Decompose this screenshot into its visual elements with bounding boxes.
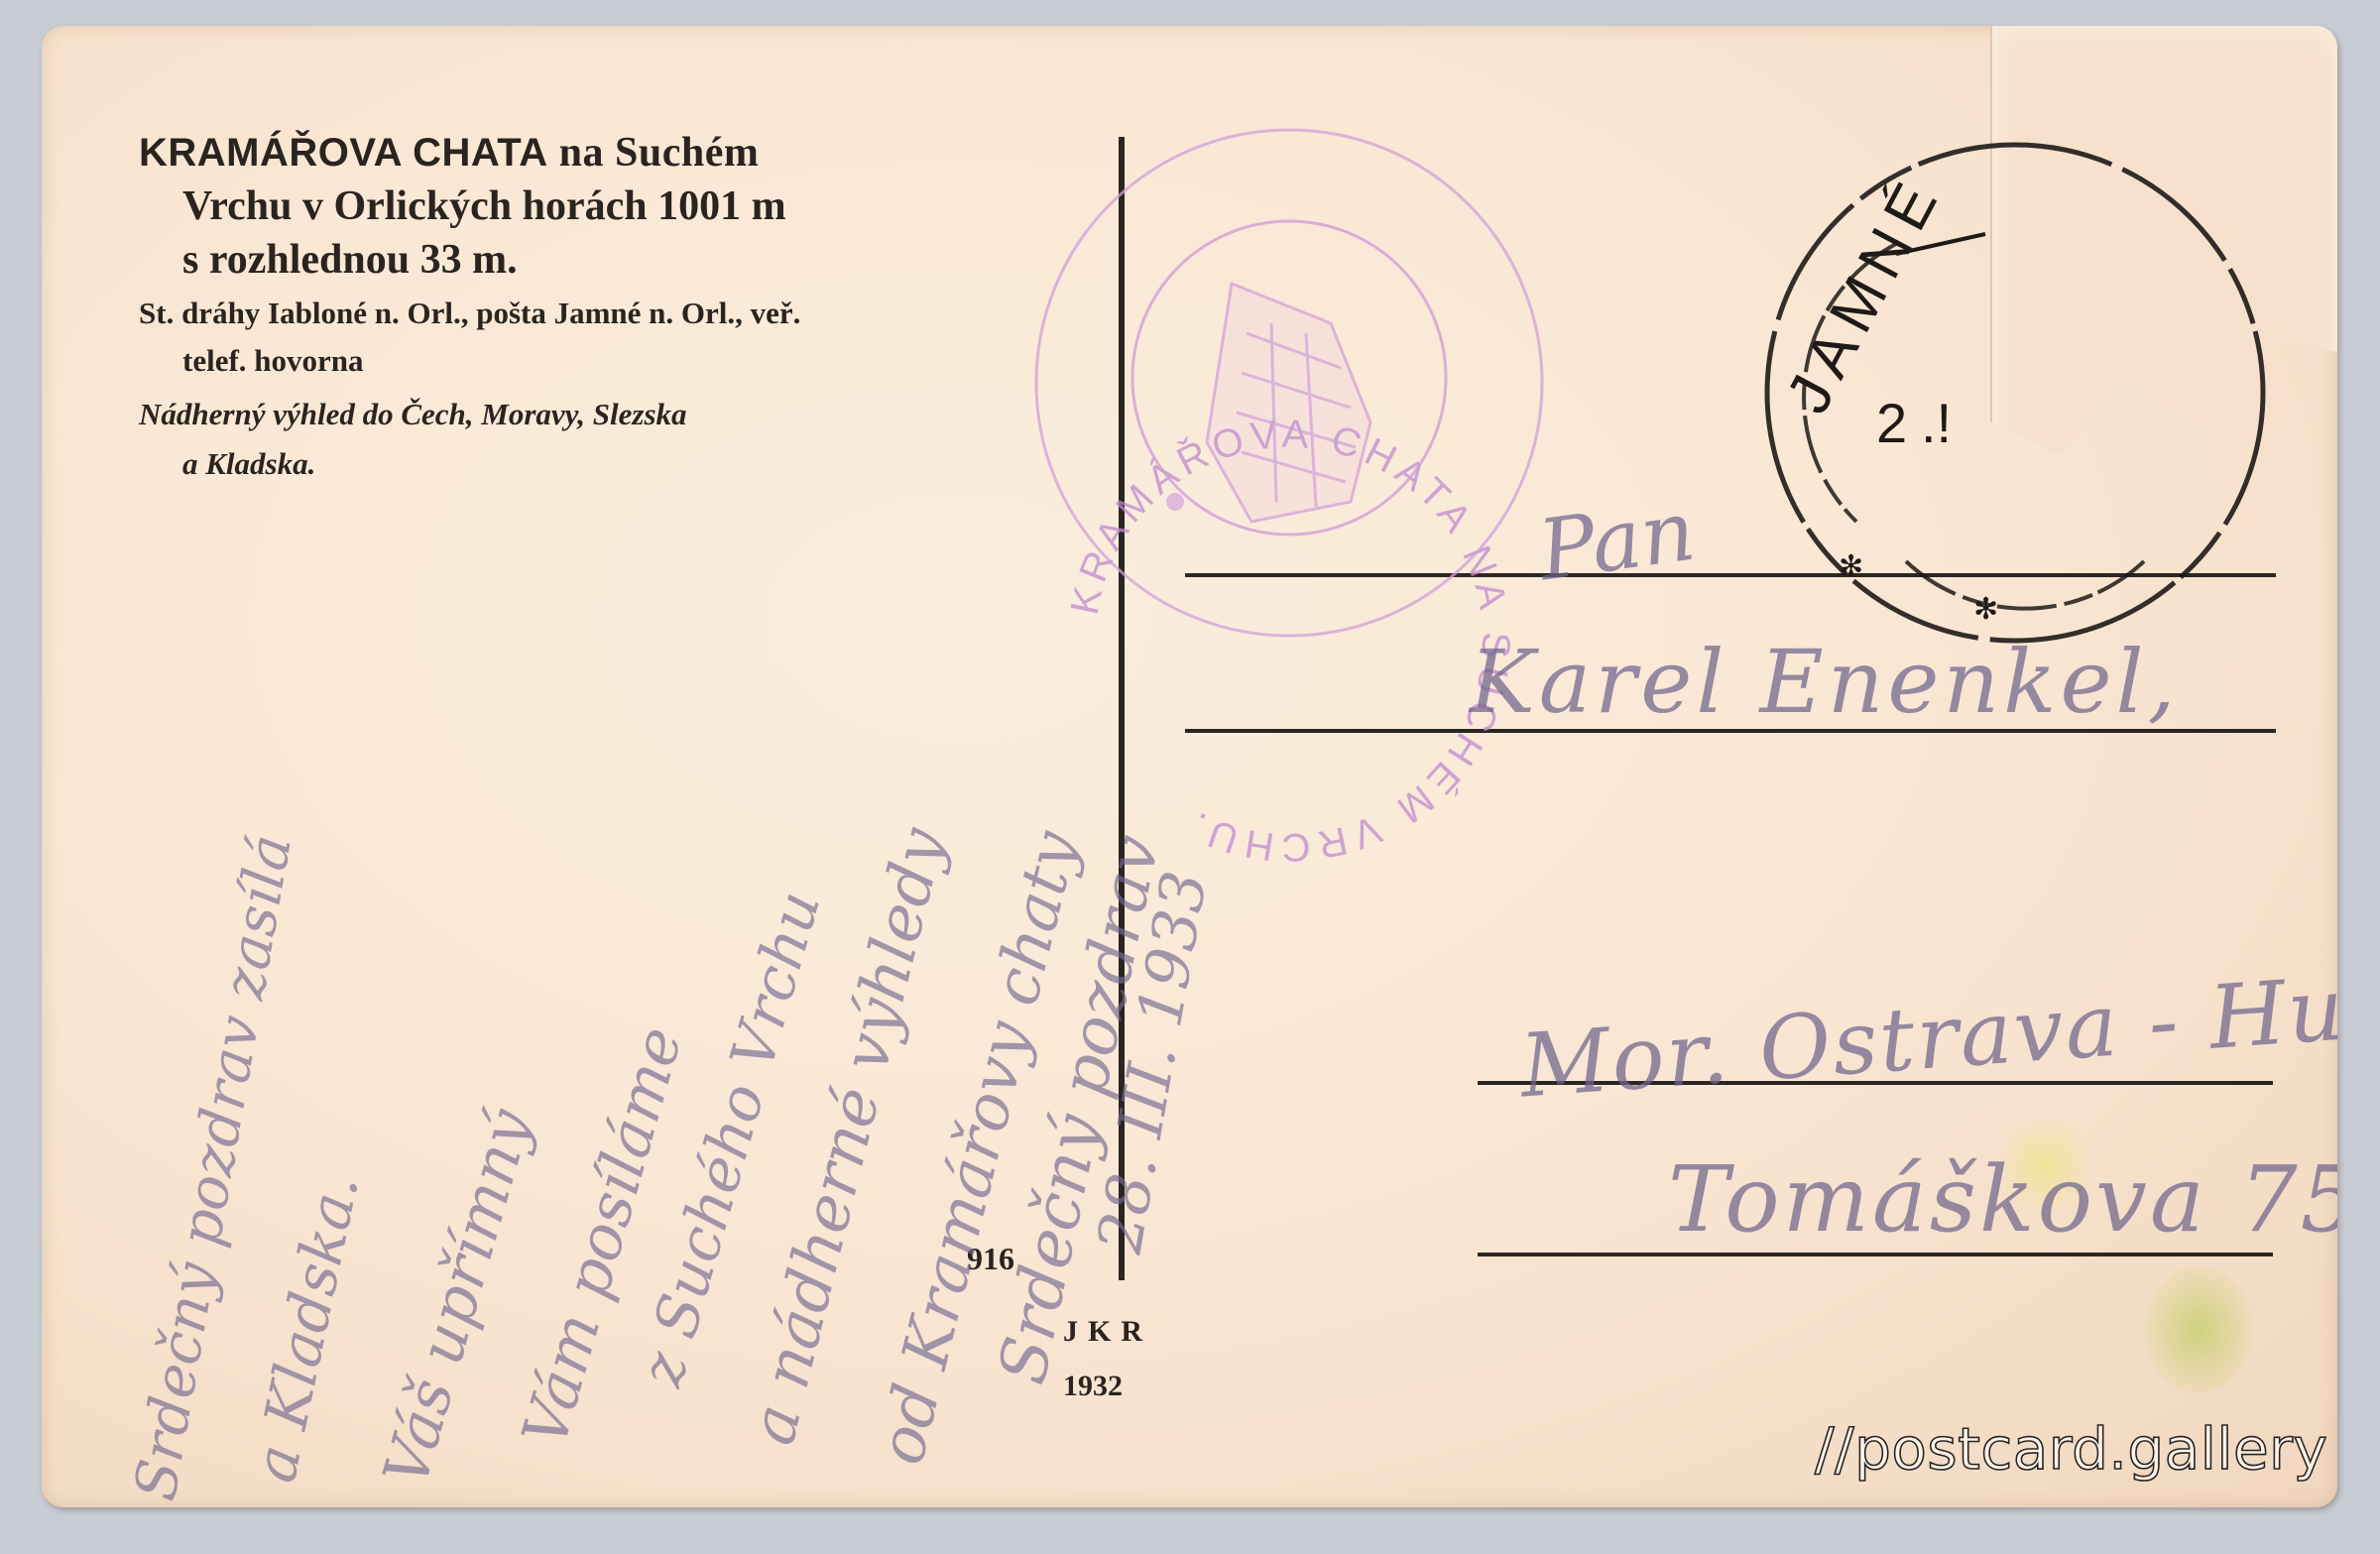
watermark: //postcard.gallery — [1815, 1415, 2327, 1483]
postmark: JAMNÉ 2 .! ✻ ✻ — [1767, 145, 2263, 641]
star-icon: ✻ — [1839, 549, 1863, 584]
cachet-stamp: KRAMÁŘOVA CHATA NA SUCHÉM VRCHU. — [1036, 130, 1542, 869]
postcard: KRAMÁŘOVA CHATA na Suchém Vrchu v Orlick… — [42, 26, 2337, 1507]
stamps-layer: KRAMÁŘOVA CHATA NA SUCHÉM VRCHU. JAMNÉ 2… — [42, 26, 2337, 1507]
postmark-town: JAMNÉ — [1773, 164, 1955, 423]
postmark-date: 2 — [1876, 392, 1907, 454]
star-icon: ✻ — [1973, 592, 1998, 627]
address-name: Karel Enenkel, — [1470, 631, 2180, 733]
address-street: Tomáškova 752. — [1668, 1146, 2337, 1253]
lookout-tower-icon — [1207, 284, 1370, 522]
svg-text:.!: .! — [1921, 392, 1952, 454]
